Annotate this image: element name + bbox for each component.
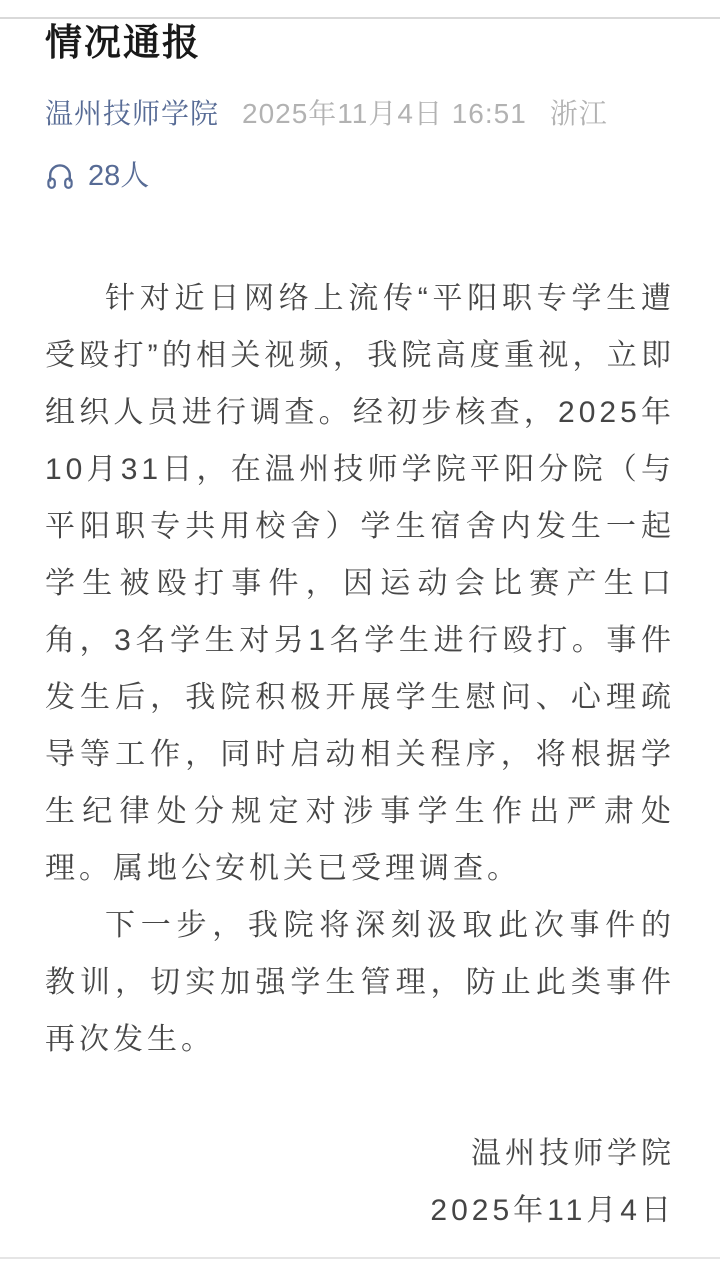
bottom-divider	[0, 1257, 720, 1259]
account-name-link[interactable]: 温州技师学院	[45, 99, 219, 129]
listen-audio-control[interactable]: 28人	[45, 161, 675, 191]
article-paragraph: 下一步，我院将深刻汲取此次事件的教训，切实加强学生管理，防止此类事件再次发生。	[45, 897, 675, 1068]
article-page: 情况通报 温州技师学院 2025年11月4日 16:51 浙江 28人 针对近日…	[0, 17, 720, 1259]
headphones-icon	[45, 161, 88, 191]
publish-location: 浙江	[550, 99, 608, 129]
listen-count: 28人	[88, 161, 149, 191]
article-meta-row: 温州技师学院 2025年11月4日 16:51 浙江	[45, 99, 675, 129]
publish-time: 2025年11月4日 16:51	[242, 99, 527, 129]
signature-date: 2025年11月4日	[45, 1182, 675, 1239]
article-title: 情况通报	[45, 21, 675, 65]
top-divider	[0, 17, 720, 19]
article-body: 针对近日网络上流传“平阳职专学生遭受殴打”的相关视频，我院高度重视，立即组织人员…	[45, 270, 675, 1239]
article-paragraph: 针对近日网络上流传“平阳职专学生遭受殴打”的相关视频，我院高度重视，立即组织人员…	[45, 270, 675, 897]
signature-name: 温州技师学院	[45, 1125, 675, 1182]
